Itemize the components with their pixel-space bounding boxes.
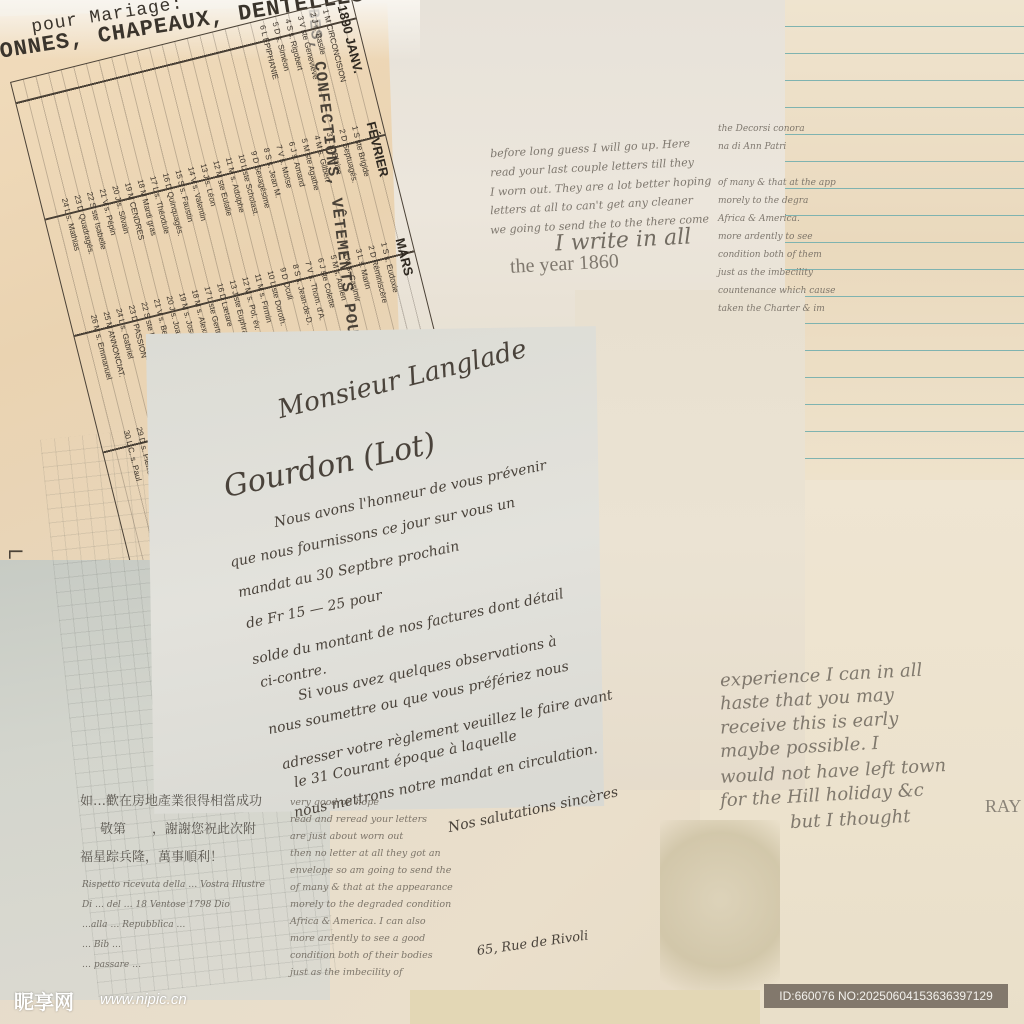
stamp-fragment: RAY — [985, 796, 1021, 817]
watermark-logo: 昵享网 — [14, 986, 74, 1015]
handwriting-line: Africa & America. I can also — [290, 916, 426, 927]
handwriting-line: morely to the degraded condition — [290, 899, 451, 910]
watermark-id: ID:660076 NO:20250604153636397129 — [764, 984, 1008, 1008]
chinese-line: 敬第 ，謝謝您祝此次附 — [100, 818, 256, 837]
bottom-strip — [410, 990, 760, 1024]
lined-paper — [785, 0, 1024, 480]
handwriting-line: morely to the degra — [718, 196, 808, 206]
handwriting-line: taken the Charter & im — [718, 304, 825, 314]
ledger-script-line: …alla … Repubblica … — [82, 920, 185, 930]
ledger-script-line: Di … del … 18 Ventose 1798 Dio — [82, 900, 230, 910]
handwriting-line: just as the imbecility of — [290, 967, 403, 978]
chinese-line: 福星踪兵隆，萬事順利！ — [80, 846, 223, 865]
handwriting-line: read and reread your letters — [290, 814, 427, 825]
handwriting-line: condition both of their bodies — [290, 950, 433, 961]
handwriting-line: then no letter at all they got an — [290, 848, 441, 859]
ledger-script-line: … Bib … — [82, 940, 121, 950]
watermark-url[interactable]: www.nipic.cn — [100, 991, 187, 1008]
handwriting-line: more ardently to see a good — [290, 933, 425, 944]
ledger-script-line: Rispetto ricevuta della … Vostra Illustr… — [82, 880, 265, 890]
handwriting-line: envelope so am going to send the — [290, 865, 451, 876]
handwriting-line: of many & that at the appearance — [290, 882, 453, 893]
handwriting-line: very good on hope — [290, 797, 379, 808]
handwriting-line: condition both of them — [718, 250, 822, 260]
handwriting-line: the Decorsi conora — [718, 124, 805, 134]
handwriting-line: Africa & America. — [718, 214, 800, 224]
chinese-line: 如…歡在房地產業很得相當成功 — [80, 790, 262, 809]
handwriting-line: of many & that at the app — [718, 178, 836, 188]
handwriting-line: na di Ann Patri — [718, 142, 786, 152]
handwriting-line: countenance which cause — [718, 286, 835, 296]
handwriting-line: just as the imbecility — [718, 268, 813, 278]
handwriting-line: more ardently to see — [718, 232, 813, 242]
ledger-script-line: … passare … — [82, 960, 141, 970]
handwriting-line: are just about worn out — [290, 831, 403, 842]
